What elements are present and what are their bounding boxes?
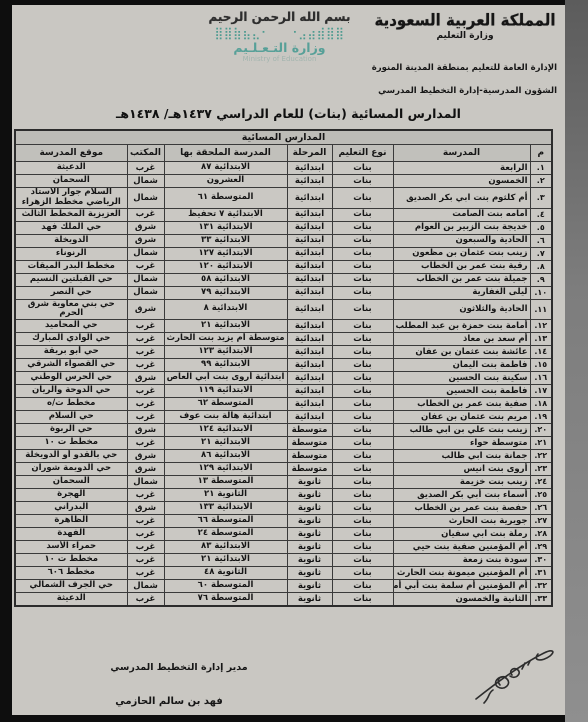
table-cell: بنات (332, 359, 393, 372)
table-cell: متوسطة (287, 424, 332, 437)
table-section-title-row: المدارس المسائية (15, 130, 552, 145)
ministry-of-education-logo-icon: ⣿⣿⣷⣦⣄⠂⠀⠀⠐⣠⣴⣾⣿⣿ (172, 28, 387, 39)
table-cell: ٣. (530, 188, 552, 209)
table-cell: مريم بنت عثمان بن عفان (393, 411, 530, 424)
signature-icon (462, 641, 562, 713)
table-cell: ليلى الغفارية (393, 286, 530, 299)
table-cell: المتوسطة ٦٠ (164, 580, 287, 593)
table-cell: ابتدائية (287, 359, 332, 372)
table-cell: ٢١. (530, 437, 552, 450)
table-cell: أمامه بنت الصامت (393, 208, 530, 221)
signatory-role: مدير إدارة التخطيط المدرسي (104, 662, 254, 673)
table-cell: ابتدائية أروى بنت أبي العاص (164, 372, 287, 385)
table-cell: ٢٠. (530, 424, 552, 437)
table-cell: الثانوية ٢١ (164, 489, 287, 502)
table-cell: المتوسطة ٦٢ (164, 398, 287, 411)
table-cell: بنات (332, 593, 393, 607)
table-cell: بنات (332, 247, 393, 260)
table-row: ٣٣.الثانية والخمسونبناتثانويةالمتوسطة ٧٦… (15, 593, 552, 607)
table-cell: جمانة بنت ابي طالب (393, 450, 530, 463)
table-cell: حي القبلتين النسيم (15, 273, 127, 286)
table-row: ١٥.فاطمة بنت اليمانبناتابتدائيةالابتدائي… (15, 359, 552, 372)
table-cell: بنات (332, 424, 393, 437)
table-cell: بنات (332, 208, 393, 221)
table-cell: الدعيثة (15, 593, 127, 607)
table-cell: ثانوية (287, 567, 332, 580)
table-cell: شمال (127, 580, 164, 593)
table-cell: المتوسطة ١٣ (164, 476, 287, 489)
table-cell: ٨. (530, 260, 552, 273)
table-cell: ابتدائية (287, 234, 332, 247)
table-cell: بنات (332, 320, 393, 333)
table-cell: حي السلام (15, 411, 127, 424)
table-cell: حمراء الأسد (15, 541, 127, 554)
table-cell: غرب (127, 162, 164, 175)
table-row: ١٧.فاطمة بنت الحسينبناتابتدائيةالابتدائي… (15, 385, 552, 398)
table-row: ٣١.أم المؤمنين ميمونة بنت الحارثبناتثانو… (15, 567, 552, 580)
table-cell: العزيزية المخطط الثالث (15, 208, 127, 221)
table-cell: الابتدائية ٩٩ (164, 359, 287, 372)
table-cell: غرب (127, 260, 164, 273)
table-cell: بنات (332, 489, 393, 502)
table-cell: حي بالقدو أو الدويخلة (15, 450, 127, 463)
table-cell: بنات (332, 299, 393, 320)
table-cell: ٩. (530, 273, 552, 286)
ministry-name: وزارة التعليم (369, 31, 561, 41)
table-cell: غرب (127, 208, 164, 221)
table-cell: الابتدائية ٨٧ (164, 162, 287, 175)
table-cell: ٢٤. (530, 476, 552, 489)
table-cell: زينب بنت عثمان بن مظعون (393, 247, 530, 260)
table-cell: غرب (127, 541, 164, 554)
admin-line-region: الإدارة العامة للتعليم بمنطقة المدينة ال… (372, 63, 557, 73)
table-cell: حي الحرس الوطني (15, 372, 127, 385)
table-cell: ١. (530, 162, 552, 175)
table-row: ٣.أم كلثوم بنت ابي بكر الصديقبناتابتدائي… (15, 188, 552, 209)
table-row: ١٩.مريم بنت عثمان بن عفانبناتابتدائيةابت… (15, 411, 552, 424)
table-cell: غرب (127, 515, 164, 528)
table-cell: الرابعة (393, 162, 530, 175)
logo-english-wordmark: Ministry of Education (172, 55, 387, 63)
table-row: ٨.رقية بنت عمر بن الخطاببناتابتدائيةالاب… (15, 260, 552, 273)
table-body: ١.الرابعةبناتابتدائيةالابتدائية ٨٧غربالد… (15, 162, 552, 607)
table-cell: ابتدائية (287, 320, 332, 333)
table-cell: بنات (332, 188, 393, 209)
table-cell: أم المؤمنين ميمونة بنت الحارث (393, 567, 530, 580)
table-cell: ٢٣. (530, 463, 552, 476)
table-row: ٩.جميلة بنت عمر بن الخطاببناتابتدائيةالا… (15, 273, 552, 286)
table-cell: الابتدائية ٨٦ (164, 450, 287, 463)
table-cell: بنات (332, 162, 393, 175)
table-cell: ابتدائية (287, 247, 332, 260)
table-cell: غرب (127, 528, 164, 541)
table-cell: شمال (127, 286, 164, 299)
table-cell: ٢٦. (530, 502, 552, 515)
table-cell: غرب (127, 385, 164, 398)
table-cell: ابتدائية (287, 346, 332, 359)
table-cell: ٣٢. (530, 580, 552, 593)
table-row: ١١.الحادية والثلاثونبناتابتدائيةالابتدائ… (15, 299, 552, 320)
table-cell: شرق (127, 502, 164, 515)
column-header: م (530, 145, 552, 162)
scan-edge-strip (565, 0, 588, 722)
table-row: ٢١.متوسطة حواءبناتمتوسطةالابتدائية ٢١غرب… (15, 437, 552, 450)
table-cell: شرق (127, 450, 164, 463)
table-cell: غرب (127, 333, 164, 346)
table-cell: الظاهرة (15, 515, 127, 528)
table-cell: ١٠. (530, 286, 552, 299)
table-cell: ثانوية (287, 541, 332, 554)
table-cell: الابتدائية ٢١ (164, 554, 287, 567)
table-cell: ابتدائية (287, 398, 332, 411)
table-cell: ٤. (530, 208, 552, 221)
table-cell: الابتدائية ٨٣ (164, 541, 287, 554)
table-cell: بنات (332, 346, 393, 359)
table-cell: ابتدائية (287, 273, 332, 286)
table-cell: ١١. (530, 299, 552, 320)
table-cell: الحادية والثلاثون (393, 299, 530, 320)
table-cell: بنات (332, 476, 393, 489)
table-row: ٧.زينب بنت عثمان بن مظعونبناتابتدائيةالا… (15, 247, 552, 260)
table-cell: شرق (127, 424, 164, 437)
table-cell: شمال (127, 273, 164, 286)
scanned-document-page: المملكة العربية السعودية وزارة التعليم ا… (12, 5, 565, 715)
table-cell: ابتدائية هالة بنت عوف (164, 411, 287, 424)
table-cell: الابتدائية ١٣٣ (164, 502, 287, 515)
table-cell: فاطمة بنت اليمان (393, 359, 530, 372)
table-cell: رقية بنت عمر بن الخطاب (393, 260, 530, 273)
table-cell: شرق (127, 234, 164, 247)
logo-arabic-wordmark: وزارة التـعـلـيم (172, 40, 387, 55)
table-cell: متوسطة (287, 437, 332, 450)
bismillah-calligraphy: بسم الله الرحمن الرحيم (172, 10, 387, 25)
table-cell: أمامة بنت حمزة بن عبد المطلب (393, 320, 530, 333)
table-cell: حي النصر (15, 286, 127, 299)
table-cell: غرب (127, 359, 164, 372)
table-cell: شرق (127, 221, 164, 234)
table-cell: مخطط ت ١٠ (15, 437, 127, 450)
table-row: ٣٢.أم المؤمنين أم سلمة بنت أبي أميةبناتث… (15, 580, 552, 593)
table-cell: حي الملك فهد (15, 221, 127, 234)
table-cell: العشرون (164, 175, 287, 188)
table-cell: ابتدائية (287, 221, 332, 234)
table-cell: ثانوية (287, 489, 332, 502)
table-cell: حي القصواء الشرقي (15, 359, 127, 372)
table-cell: ابتدائية (287, 372, 332, 385)
table-cell: غرب (127, 437, 164, 450)
table-cell: بنات (332, 515, 393, 528)
table-cell: الثانوية ٤٨ (164, 567, 287, 580)
table-cell: شمال (127, 476, 164, 489)
column-header: المدرسة الملحقة بها (164, 145, 287, 162)
table-row: ٢٤.زينب بنت خزيمةبناتثانويةالمتوسطة ١٣شم… (15, 476, 552, 489)
table-cell: الابتدائية ١٣١ (164, 221, 287, 234)
table-row: ٢٩.أم المؤمنين صفية بنت حييبناتثانويةالا… (15, 541, 552, 554)
table-cell: ابتدائية (287, 411, 332, 424)
table-cell: غرب (127, 567, 164, 580)
logo-block: بسم الله الرحمن الرحيم ⣿⣿⣷⣦⣄⠂⠀⠀⠐⣠⣴⣾⣿⣿ وز… (172, 10, 387, 63)
table-cell: شرق (127, 299, 164, 320)
table-cell: بنات (332, 333, 393, 346)
table-cell: حي الدويمة شوران (15, 463, 127, 476)
table-cell: الثانية والخمسون (393, 593, 530, 607)
table-cell: ١٩. (530, 411, 552, 424)
table-cell: أم كلثوم بنت ابي بكر الصديق (393, 188, 530, 209)
table-cell: أسماء بنت أبي بكر الصديق (393, 489, 530, 502)
table-cell: بنات (332, 411, 393, 424)
table-cell: شرق (127, 372, 164, 385)
kingdom-calligraphy: المملكة العربية السعودية (369, 10, 561, 29)
table-cell: ٢٧. (530, 515, 552, 528)
table-cell: متوسطة حواء (393, 437, 530, 450)
table-row: ٣٠.سودة بنت زمعةبناتثانويةالابتدائية ٢١غ… (15, 554, 552, 567)
table-cell: ثانوية (287, 528, 332, 541)
table-cell: بنات (332, 567, 393, 580)
table-cell: غرب (127, 593, 164, 607)
table-cell: عائشة بنت عثمان بن عفان (393, 346, 530, 359)
table-cell: ثانوية (287, 502, 332, 515)
table-cell: الابتدائية ٥٨ (164, 273, 287, 286)
table-row: ٤.أمامه بنت الصامتبناتابتدائيةالابتدائية… (15, 208, 552, 221)
table-cell: الابتدائية ٢١ (164, 320, 287, 333)
table-row: ٢٧.جويرية بنت الحارثبناتثانويةالمتوسطة ٦… (15, 515, 552, 528)
table-cell: غرب (127, 554, 164, 567)
table-cell: الخمسون (393, 175, 530, 188)
table-cell: حي الوادي المبارك (15, 333, 127, 346)
table-cell: حي المحاميد (15, 320, 127, 333)
table-section-title: المدارس المسائية (15, 130, 552, 145)
table-cell: بنات (332, 273, 393, 286)
table-cell: ١٦. (530, 372, 552, 385)
table-cell: متوسطة (287, 463, 332, 476)
table-cell: الابتدائية ١٢٧ (164, 247, 287, 260)
table-cell: أروى بنت انيس (393, 463, 530, 476)
table-row: ١٢.أمامة بنت حمزة بن عبد المطلببناتابتدا… (15, 320, 552, 333)
table-cell: الابتدائية ١٢٠ (164, 260, 287, 273)
table-cell: بنات (332, 260, 393, 273)
table-cell: بنات (332, 286, 393, 299)
table-cell: ٣٣. (530, 593, 552, 607)
table-cell: سكينة بنت الحسين (393, 372, 530, 385)
admin-line-department: الشؤون المدرسية-إدارة التخطيط المدرسي (378, 86, 557, 96)
table-cell: الابتدائية ١٢٤ (164, 424, 287, 437)
table-cell: الدعيثة (15, 162, 127, 175)
table-cell: شمال (127, 175, 164, 188)
table-cell: ابتدائية (287, 260, 332, 273)
table-cell: أم المؤمنين صفية بنت حيي (393, 541, 530, 554)
table-cell: الهجرة (15, 489, 127, 502)
table-cell: رملة بنت ابي سفيان (393, 528, 530, 541)
table-cell: شمال (127, 188, 164, 209)
table-cell: حفصة بنت عمر بن الخطاب (393, 502, 530, 515)
table-cell: حي أبو بريقة (15, 346, 127, 359)
table-cell: الابتدائية ٧٩ (164, 286, 287, 299)
table-cell: خديجة بنت الزبير بن العوام (393, 221, 530, 234)
table-cell: ابتدائية (287, 299, 332, 320)
document-title: المدارس المسائية (بنات) للعام الدراسي ١٤… (12, 106, 565, 121)
table-cell: حي بني معاوية شرق الحرم (15, 299, 127, 320)
table-cell: ثانوية (287, 593, 332, 607)
table-cell: الابتدائية ١٢٣ (164, 346, 287, 359)
table-cell: البدراني (15, 502, 127, 515)
table-cell: الابتدائية ٧ تحفيظ (164, 208, 287, 221)
table-cell: السحمان (15, 476, 127, 489)
table-cell: ١٣. (530, 333, 552, 346)
column-header: المدرسة (393, 145, 530, 162)
table-cell: صفية بنت عمر بن الخطاب (393, 398, 530, 411)
table-cell: بنات (332, 450, 393, 463)
table-row: ٢٨.رملة بنت ابي سفيانبناتثانويةالمتوسطة … (15, 528, 552, 541)
table-cell: ثانوية (287, 554, 332, 567)
evening-schools-table: المدارس المسائية مالمدرسةنوع التعليمالمر… (14, 129, 553, 607)
table-cell: بنات (332, 554, 393, 567)
table-row: ٥.خديجة بنت الزبير بن العوامبناتابتدائية… (15, 221, 552, 234)
signatory-name: فهد بن سالم الحازمي (104, 696, 234, 707)
table-row: ٦.الحادية والسبعونبناتابتدائيةالابتدائية… (15, 234, 552, 247)
table-cell: الابتدائية ٨ (164, 299, 287, 320)
table-cell: ٣١. (530, 567, 552, 580)
table-cell: مخطط ت ١٠ (15, 554, 127, 567)
table-cell: المتوسطة ٦٦ (164, 515, 287, 528)
table-row: ٢٢.جمانة بنت ابي طالببناتمتوسطةالابتدائي… (15, 450, 552, 463)
column-header: موقع المدرسة (15, 145, 127, 162)
table-cell: بنات (332, 398, 393, 411)
table-row: ١٤.عائشة بنت عثمان بن عفانبناتابتدائيةال… (15, 346, 552, 359)
table-cell: المتوسطة ٦١ (164, 188, 287, 209)
table-cell: سودة بنت زمعة (393, 554, 530, 567)
table-row: ١٦.سكينة بنت الحسينبناتابتدائيةابتدائية … (15, 372, 552, 385)
table-cell: المتوسطة ٢٤ (164, 528, 287, 541)
table-cell: ١٢. (530, 320, 552, 333)
table-cell: ٢٩. (530, 541, 552, 554)
table-cell: ثانوية (287, 580, 332, 593)
table-cell: ٦. (530, 234, 552, 247)
table-cell: بنات (332, 528, 393, 541)
table-cell: ابتدائية (287, 333, 332, 346)
table-header-row: مالمدرسةنوع التعليمالمرحلةالمدرسة الملحق… (15, 145, 552, 162)
table-cell: ١٧. (530, 385, 552, 398)
table-cell: ٢٥. (530, 489, 552, 502)
table-cell: جويرية بنت الحارث (393, 515, 530, 528)
table-cell: ١٥. (530, 359, 552, 372)
table-cell: الابتدائية ٢١ (164, 437, 287, 450)
table-cell: ٢٢. (530, 450, 552, 463)
table-cell: شرق (127, 463, 164, 476)
table-cell: ٧. (530, 247, 552, 260)
table-row: ٢٦.حفصة بنت عمر بن الخطاببناتثانويةالابت… (15, 502, 552, 515)
table-cell: بنات (332, 372, 393, 385)
table-cell: متوسطة أم يزيد بنت الحارث (164, 333, 287, 346)
table-cell: بنات (332, 580, 393, 593)
table-cell: الرنوناء (15, 247, 127, 260)
table-cell: زينب بنت خزيمة (393, 476, 530, 489)
table-row: ٢٠.زينب بنت علي بن ابي طالببناتمتوسطةالا… (15, 424, 552, 437)
table-cell: بنات (332, 221, 393, 234)
table-cell: بنات (332, 463, 393, 476)
table-cell: حي الربوة (15, 424, 127, 437)
table-cell: الحادية والسبعون (393, 234, 530, 247)
table-row: ١٣.أم سعد بن معاذبناتابتدائيةمتوسطة أم ي… (15, 333, 552, 346)
table-cell: الدويخلة (15, 234, 127, 247)
table-cell: زينب بنت علي بن ابي طالب (393, 424, 530, 437)
table-cell: بنات (332, 437, 393, 450)
table-cell: مخطط ت/ه (15, 398, 127, 411)
table-cell: ابتدائية (287, 208, 332, 221)
table-cell: ١٨. (530, 398, 552, 411)
table-cell: ابتدائية (287, 385, 332, 398)
table-cell: ٢٨. (530, 528, 552, 541)
table-cell: ابتدائية (287, 175, 332, 188)
table-row: ١.الرابعةبناتابتدائيةالابتدائية ٨٧غربالد… (15, 162, 552, 175)
table-cell: شمال (127, 247, 164, 260)
table-row: ١٠.ليلى الغفاريةبناتابتدائيةالابتدائية ٧… (15, 286, 552, 299)
table-cell: الفهدة (15, 528, 127, 541)
table-cell: ١٤. (530, 346, 552, 359)
table-cell: بنات (332, 385, 393, 398)
table-row: ٢٥.أسماء بنت أبي بكر الصديقبناتثانويةالث… (15, 489, 552, 502)
table-cell: غرب (127, 346, 164, 359)
table-cell: ابتدائية (287, 188, 332, 209)
table-cell: بنات (332, 541, 393, 554)
kingdom-heading-block: المملكة العربية السعودية وزارة التعليم (369, 11, 561, 41)
table-cell: فاطمة بنت الحسين (393, 385, 530, 398)
table-cell: ابتدائية (287, 162, 332, 175)
table-cell: ابتدائية (287, 286, 332, 299)
table-cell: حي الجرف الشمالي (15, 580, 127, 593)
table-cell: ثانوية (287, 515, 332, 528)
table-cell: مخطط البدر الميقات (15, 260, 127, 273)
table-row: ١٨.صفية بنت عمر بن الخطاببناتابتدائيةالم… (15, 398, 552, 411)
table-cell: متوسطة (287, 450, 332, 463)
table-cell: غرب (127, 489, 164, 502)
table-cell: مخطط ٦٠٦ (15, 567, 127, 580)
column-header: المكتب (127, 145, 164, 162)
table-cell: الابتدائية ١١٩ (164, 385, 287, 398)
table-cell: ٥. (530, 221, 552, 234)
table-row: ٢٣.أروى بنت انيسبناتمتوسطةالابتدائية ١٢٩… (15, 463, 552, 476)
table-cell: الابتدائية ٣٣ (164, 234, 287, 247)
table-cell: بنات (332, 234, 393, 247)
table-cell: غرب (127, 320, 164, 333)
table-cell: أم سعد بن معاذ (393, 333, 530, 346)
table-cell: بنات (332, 502, 393, 515)
table-cell: المتوسطة ٧٦ (164, 593, 287, 607)
table-cell: السلام جوار الاستاد الرياضي مخطط الزهراء (15, 188, 127, 209)
table-cell: حي الدوحة والريان (15, 385, 127, 398)
table-cell: ٣٠. (530, 554, 552, 567)
table-cell: جميلة بنت عمر بن الخطاب (393, 273, 530, 286)
table-cell: أم المؤمنين أم سلمة بنت أبي أمية (393, 580, 530, 593)
table-cell: غرب (127, 398, 164, 411)
table-cell: السحمان (15, 175, 127, 188)
column-header: المرحلة (287, 145, 332, 162)
table-cell: ثانوية (287, 476, 332, 489)
table-cell: الابتدائية ١٢٩ (164, 463, 287, 476)
table-cell: بنات (332, 175, 393, 188)
table-row: ٢.الخمسونبناتابتدائيةالعشرونشمالالسحمان (15, 175, 552, 188)
column-header: نوع التعليم (332, 145, 393, 162)
table-cell: ٢. (530, 175, 552, 188)
table-cell: غرب (127, 411, 164, 424)
